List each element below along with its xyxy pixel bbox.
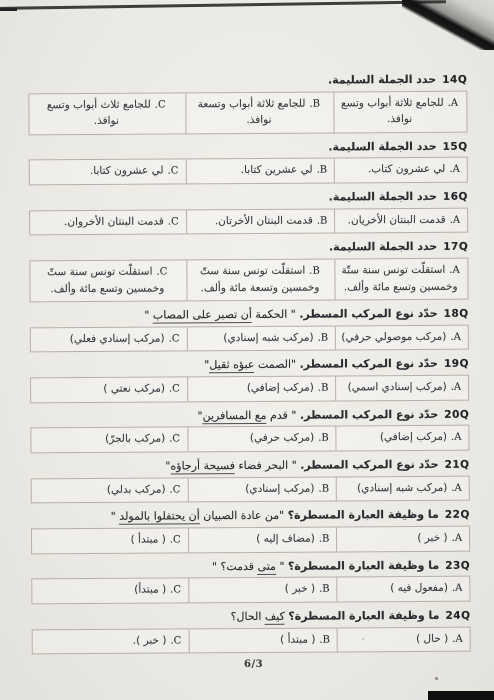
question-number: 19Q <box>444 358 469 370</box>
option-text: (مركب بالجرّ) <box>105 433 165 445</box>
questions-list: 14Qحدد الجملة السليمة. A.للجامع ثلاثة أب… <box>30 73 471 662</box>
option-cell-a: A.لي عشرون كتاب. <box>335 158 467 182</box>
header-text-segment: حدد الجملة السليمة. <box>329 190 437 204</box>
question-number: 14Q <box>442 74 467 86</box>
options-row: A.لي عشرون كتاب. B.لي عشرين كتابا. C.لي … <box>29 157 468 185</box>
scan-artifact-bottom-black-bar <box>428 691 494 700</box>
options-row: A.استقلّت تونس سنة ستّة وخمسين وتسع مائة… <box>29 258 468 302</box>
option-text: ( مبتدأ) <box>134 584 166 596</box>
option-cell-c: C.( مبتدأ) <box>32 579 189 603</box>
header-text-segment: حدد الجملة السليمة. <box>328 139 436 153</box>
question-header: 22Qما وظيفة العبارة المسطرة؟ "من عادة ال… <box>33 508 470 526</box>
option-label: A. <box>449 265 459 276</box>
option-cell-b: B.(مركب إضافي) <box>188 377 337 401</box>
option-text: للجامع ثلاثة أبواب وتسع نوافذ. <box>341 97 444 126</box>
option-cell-b: B.( خبر ) <box>189 578 338 602</box>
option-cell-a: A.( خبر ) <box>337 527 469 551</box>
option-cell-a: A.(مركب إسنادي اسمي) <box>336 376 468 400</box>
option-label: C. <box>170 585 181 596</box>
option-text: قدمت البنتان الأخريان. <box>348 214 446 227</box>
header-text-segment: حدد الجملة السليمة. <box>329 240 437 254</box>
underlined-phrase: متى <box>258 559 276 574</box>
question-header-text: ما وظيفة العبارة المسطرة؟ " متى قدمت؟ " <box>212 558 439 574</box>
question-header: 15Qحدد الجملة السليمة. <box>31 139 468 157</box>
option-text: (مركب حرفي) <box>250 432 314 444</box>
question-number: 20Q <box>444 408 469 420</box>
option-label: A. <box>451 432 461 443</box>
option-label: A. <box>450 331 460 342</box>
option-cell-c: C.(مركب نعتي ) <box>31 377 188 401</box>
question-header-text: حدد الجملة السليمة. <box>328 73 436 87</box>
option-text: (مركب شبه إسنادي) <box>223 331 313 344</box>
option-cell-b: B.( مبتدأ ) <box>189 628 338 652</box>
option-label: A. <box>451 382 461 393</box>
header-text-segment: حدّد نوع المركب المسطر. <box>300 407 438 421</box>
question-block: 14Qحدد الجملة السليمة. A.للجامع ثلاثة أب… <box>30 73 467 135</box>
header-text-segment: ما وظيفة العبارة المسطرة؟ <box>288 558 439 572</box>
options-row: A.( حال ) B.( مبتدأ ) C.( خبر ). <box>32 626 471 654</box>
option-cell-a: A.(مركب شبه إسنادي) <box>337 476 469 500</box>
option-text: لي عشرين كتابا. <box>241 164 313 176</box>
option-text: (مفعول فيه ) <box>390 582 448 594</box>
option-label: C. <box>169 434 180 445</box>
option-text: استقلّت تونس سنة ستّ وخمسين وتسع مائة وأ… <box>47 266 164 295</box>
options-row: A.للجامع ثلاثة أبواب وتسع نوافذ. B.للجام… <box>28 91 467 135</box>
option-label: C. <box>170 635 181 646</box>
options-row: A.(مركب إضافي) B.(مركب حرفي) C.(مركب بال… <box>30 425 469 453</box>
question-number: 24Q <box>445 610 470 622</box>
question-block: 24Qما وظيفة العبارة المسطرة؟ كيف الحال؟ … <box>33 609 470 655</box>
page-number: 6/3 <box>244 659 263 670</box>
option-text: ( مبتدأ ) <box>280 633 315 645</box>
options-row: A.(مركب موصولي حرفي) B.(مركب شبه إسنادي)… <box>30 324 469 352</box>
option-cell-b: B.(مضاف إليه ) <box>189 528 338 552</box>
question-header: 19Qحدّد نوع المركب المسطر. "الصمت عبؤه ث… <box>32 357 469 375</box>
scan-artifact-folded-corner <box>402 0 494 50</box>
option-text: للجامع ثلاث أبواب وتسع نوافذ. <box>47 98 151 127</box>
option-text: (مركب إسنادي) <box>245 482 314 494</box>
option-text: قدمت البنتان الأخرتان. <box>215 214 313 227</box>
option-text: (مركب بدلي) <box>107 483 166 495</box>
option-label: A. <box>452 533 462 544</box>
scan-artifact-top-edge-line <box>0 0 446 9</box>
header-text-segment: حدد الجملة السليمة. <box>328 73 436 87</box>
question-block: 19Qحدّد نوع المركب المسطر. "الصمت عبؤه ث… <box>32 357 469 403</box>
underlined-phrase: فسيحة أرجاؤه <box>170 459 235 474</box>
option-cell-b: B.استقلّت تونس سنة ستّ وخمسين وتسعة مائة… <box>187 260 336 301</box>
header-text-segment: " البحر فضاء <box>235 459 300 472</box>
scanned-exam-page: { "footer": { "page_number": "6/3" }, "o… <box>0 0 494 700</box>
option-label: B. <box>318 383 329 394</box>
option-cell-c: C.استقلّت تونس سنة ستّ وخمسين وتسع مائة … <box>30 261 187 302</box>
option-label: C. <box>156 267 167 278</box>
question-block: 17Qحدد الجملة السليمة. A.استقلّت تونس سن… <box>31 240 468 302</box>
option-cell-c: C.(مركب إسنادي فعلي) <box>31 327 188 351</box>
header-text-segment: "الصمت <box>254 358 299 371</box>
question-header: 24Qما وظيفة العبارة المسطرة؟ كيف الحال؟ <box>33 609 470 627</box>
question-number: 16Q <box>443 191 468 203</box>
option-label: B. <box>317 215 328 226</box>
underlined-phrase: عبؤه ثقيل <box>209 358 254 373</box>
question-header: 18Qحدّد نوع المركب المسطر. " الحكمة أن ت… <box>32 307 469 325</box>
option-cell-a: A.(مركب موصولي حرفي) <box>336 325 468 349</box>
options-row: A.قدمت البنتان الأخريان. B.قدمت البنتان … <box>29 207 468 235</box>
question-number: 18Q <box>444 308 469 320</box>
option-label: B. <box>317 165 328 176</box>
option-label: C. <box>170 484 181 495</box>
header-text-segment: حدّد نوع المركب المسطر. <box>300 357 438 371</box>
underlined-phrase: كيف <box>265 610 285 625</box>
scan-artifact-top-left-dash <box>0 8 17 11</box>
option-cell-b: B.(مركب شبه إسنادي) <box>187 326 336 350</box>
question-header-text: حدّد نوع المركب المسطر. " قدم مع المسافر… <box>197 407 438 423</box>
option-label: B. <box>319 634 330 645</box>
question-header-text: حدّد نوع المركب المسطر. " البحر فضاء فسي… <box>165 458 438 475</box>
options-row: A.( خبر ) B.(مضاف إليه ) C.( مبتدأ ) <box>31 526 470 554</box>
option-label: A. <box>452 583 462 594</box>
header-text-segment: " <box>276 559 288 572</box>
option-text: استقلّت تونس سنة ستّ وخمسين وتسعة مائة و… <box>200 265 320 294</box>
option-text: ( حال ) <box>416 633 448 645</box>
option-cell-a: A.( حال ) <box>338 627 470 651</box>
option-cell-a: A.للجامع ثلاثة أبواب وتسع نوافذ. <box>335 92 467 133</box>
option-label: A. <box>448 98 458 109</box>
option-cell-c: C.( مبتدأ ) <box>32 529 189 553</box>
option-cell-a: A.(مفعول فيه ) <box>338 577 470 601</box>
option-cell-b: B.(مركب حرفي) <box>188 427 337 451</box>
underlined-phrase: أن يحتفلوا بالمولد <box>119 510 200 525</box>
question-header: 14Qحدد الجملة السليمة. <box>30 73 467 91</box>
option-text: (مضاف إليه ) <box>256 533 315 545</box>
options-row: A.(مركب شبه إسنادي) B.(مركب إسنادي) C.(م… <box>31 475 470 503</box>
option-text: (مركب موصولي حرفي) <box>341 331 446 344</box>
option-cell-b: B.قدمت البنتان الأخرتان. <box>187 209 336 233</box>
header-text-segment: حدّد نوع المركب المسطر. <box>300 458 438 472</box>
question-number: 17Q <box>443 241 468 253</box>
option-cell-b: B.للجامع ثلاثة أبواب وتسعة نوافذ. <box>186 92 335 133</box>
options-row: A.(مركب إسنادي اسمي) B.(مركب إضافي) C.(م… <box>30 375 469 403</box>
question-number: 21Q <box>445 459 470 471</box>
option-cell-a: A.(مركب إضافي) <box>337 426 469 450</box>
option-label: C. <box>169 384 180 395</box>
question-header: 16Qحدد الجملة السليمة. <box>31 190 468 208</box>
option-cell-c: C.للجامع ثلاث أبواب وتسع نوافذ. <box>29 93 186 134</box>
header-text-segment: "من عادة الصبيان <box>200 509 288 523</box>
question-block: 18Qحدّد نوع المركب المسطر. " الحكمة أن ت… <box>32 307 469 353</box>
option-label: A. <box>451 482 461 493</box>
option-cell-b: B.(مركب إسنادي) <box>188 477 337 501</box>
option-text: (مركب إضافي) <box>247 382 314 394</box>
option-text: (مركب إسنادي فعلي) <box>70 332 165 345</box>
question-header-text: حدد الجملة السليمة. <box>329 240 437 254</box>
question-header: 17Qحدد الجملة السليمة. <box>31 240 468 258</box>
underlined-phrase: أن تصبر على المصاب <box>153 308 252 324</box>
option-cell-c: C.(مركب بالجرّ) <box>31 428 188 452</box>
question-number: 22Q <box>445 509 470 521</box>
option-text: ( خبر ) <box>417 532 447 544</box>
option-label: C. <box>170 535 181 546</box>
option-text: ( مبتدأ ) <box>131 534 166 546</box>
header-text-segment: الحال؟ <box>231 610 265 623</box>
option-label: B. <box>309 98 320 109</box>
option-label: A. <box>450 215 460 226</box>
question-block: 20Qحدّد نوع المركب المسطر. " قدم مع المس… <box>32 407 469 453</box>
question-header: 21Qحدّد نوع المركب المسطر. " البحر فضاء … <box>33 458 470 476</box>
header-text-segment: " قدم <box>266 408 299 421</box>
option-label: C. <box>155 99 166 110</box>
option-label: C. <box>169 333 180 344</box>
option-label: A. <box>452 634 462 645</box>
option-label: A. <box>449 164 459 175</box>
header-text-segment: قدمت؟ " <box>212 560 258 573</box>
scan-artifact-speck <box>435 677 438 680</box>
question-header-text: حدّد نوع المركب المسطر. " الحكمة أن تصبر… <box>144 307 437 324</box>
option-cell-b: B.لي عشرين كتابا. <box>186 159 335 183</box>
option-text: لي عشرون كتاب. <box>368 163 446 175</box>
options-row: A.(مفعول فيه ) B.( خبر ) C.( مبتدأ) <box>31 576 470 604</box>
option-text: (مركب شبه إسنادي) <box>357 482 447 495</box>
header-text-segment: ما وظيفة العبارة المسطرة؟ <box>288 609 439 623</box>
option-label: C. <box>168 216 179 227</box>
option-label: B. <box>319 584 330 595</box>
option-cell-c: C.لي عشرون كتابا. <box>30 160 187 184</box>
header-text-segment: ما وظيفة العبارة المسطرة؟ <box>288 508 439 522</box>
option-text: (مركب إضافي) <box>380 431 447 443</box>
underlined-phrase: مع المسافرين <box>203 408 267 423</box>
option-label: B. <box>319 534 330 545</box>
option-cell-c: C.(مركب بدلي) <box>32 478 189 502</box>
option-text: ( خبر ) <box>285 583 315 595</box>
option-cell-a: A.قدمت البنتان الأخريان. <box>335 208 467 232</box>
option-text: (مركب نعتي ) <box>103 383 165 395</box>
question-block: 22Qما وظيفة العبارة المسطرة؟ "من عادة ال… <box>33 508 470 554</box>
question-header-text: ما وظيفة العبارة المسطرة؟ كيف الحال؟ <box>231 609 440 625</box>
question-number: 15Q <box>443 140 468 152</box>
option-label: C. <box>168 166 179 177</box>
header-text-segment: " الحكمة <box>252 308 299 321</box>
question-block: 23Qما وظيفة العبارة المسطرة؟ " متى قدمت؟… <box>33 558 470 604</box>
option-label: B. <box>318 483 329 494</box>
question-header: 23Qما وظيفة العبارة المسطرة؟ " متى قدمت؟… <box>33 558 470 576</box>
option-text: ( خبر ). <box>133 634 167 646</box>
question-header-text: ما وظيفة العبارة المسطرة؟ "من عادة الصبي… <box>111 508 439 525</box>
question-header-text: حدّد نوع المركب المسطر. "الصمت عبؤه ثقيل… <box>204 357 438 373</box>
question-header-text: حدد الجملة السليمة. <box>328 139 436 153</box>
question-header: 20Qحدّد نوع المركب المسطر. " قدم مع المس… <box>32 407 469 425</box>
question-block: 15Qحدد الجملة السليمة. A.لي عشرون كتاب. … <box>31 139 468 185</box>
question-header-text: حدد الجملة السليمة. <box>329 190 437 204</box>
option-cell-a: A.استقلّت تونس سنة ستّة وخمسين وتسع مائة… <box>336 259 468 300</box>
question-block: 21Qحدّد نوع المركب المسطر. " البحر فضاء … <box>33 458 470 504</box>
option-cell-c: C.قدمت البنتان الأخروان. <box>30 210 187 234</box>
question-number: 23Q <box>445 559 470 571</box>
option-label: B. <box>318 332 329 343</box>
header-text-segment: حدّد نوع المركب المسطر. <box>299 307 437 321</box>
option-text: استقلّت تونس سنة ستّة وخمسين وتسع مائة و… <box>341 264 457 293</box>
option-label: B. <box>318 433 329 444</box>
option-text: (مركب إسنادي اسمي) <box>348 381 447 394</box>
option-cell-c: C.( خبر ). <box>33 629 190 653</box>
option-text: للجامع ثلاثة أبواب وتسعة نوافذ. <box>198 98 306 127</box>
option-text: قدمت البنتان الأخروان. <box>64 215 164 228</box>
option-label: B. <box>309 266 320 277</box>
option-text: لي عشرون كتابا. <box>90 165 164 177</box>
question-block: 16Qحدد الجملة السليمة. A.قدمت البنتان ال… <box>31 190 468 236</box>
